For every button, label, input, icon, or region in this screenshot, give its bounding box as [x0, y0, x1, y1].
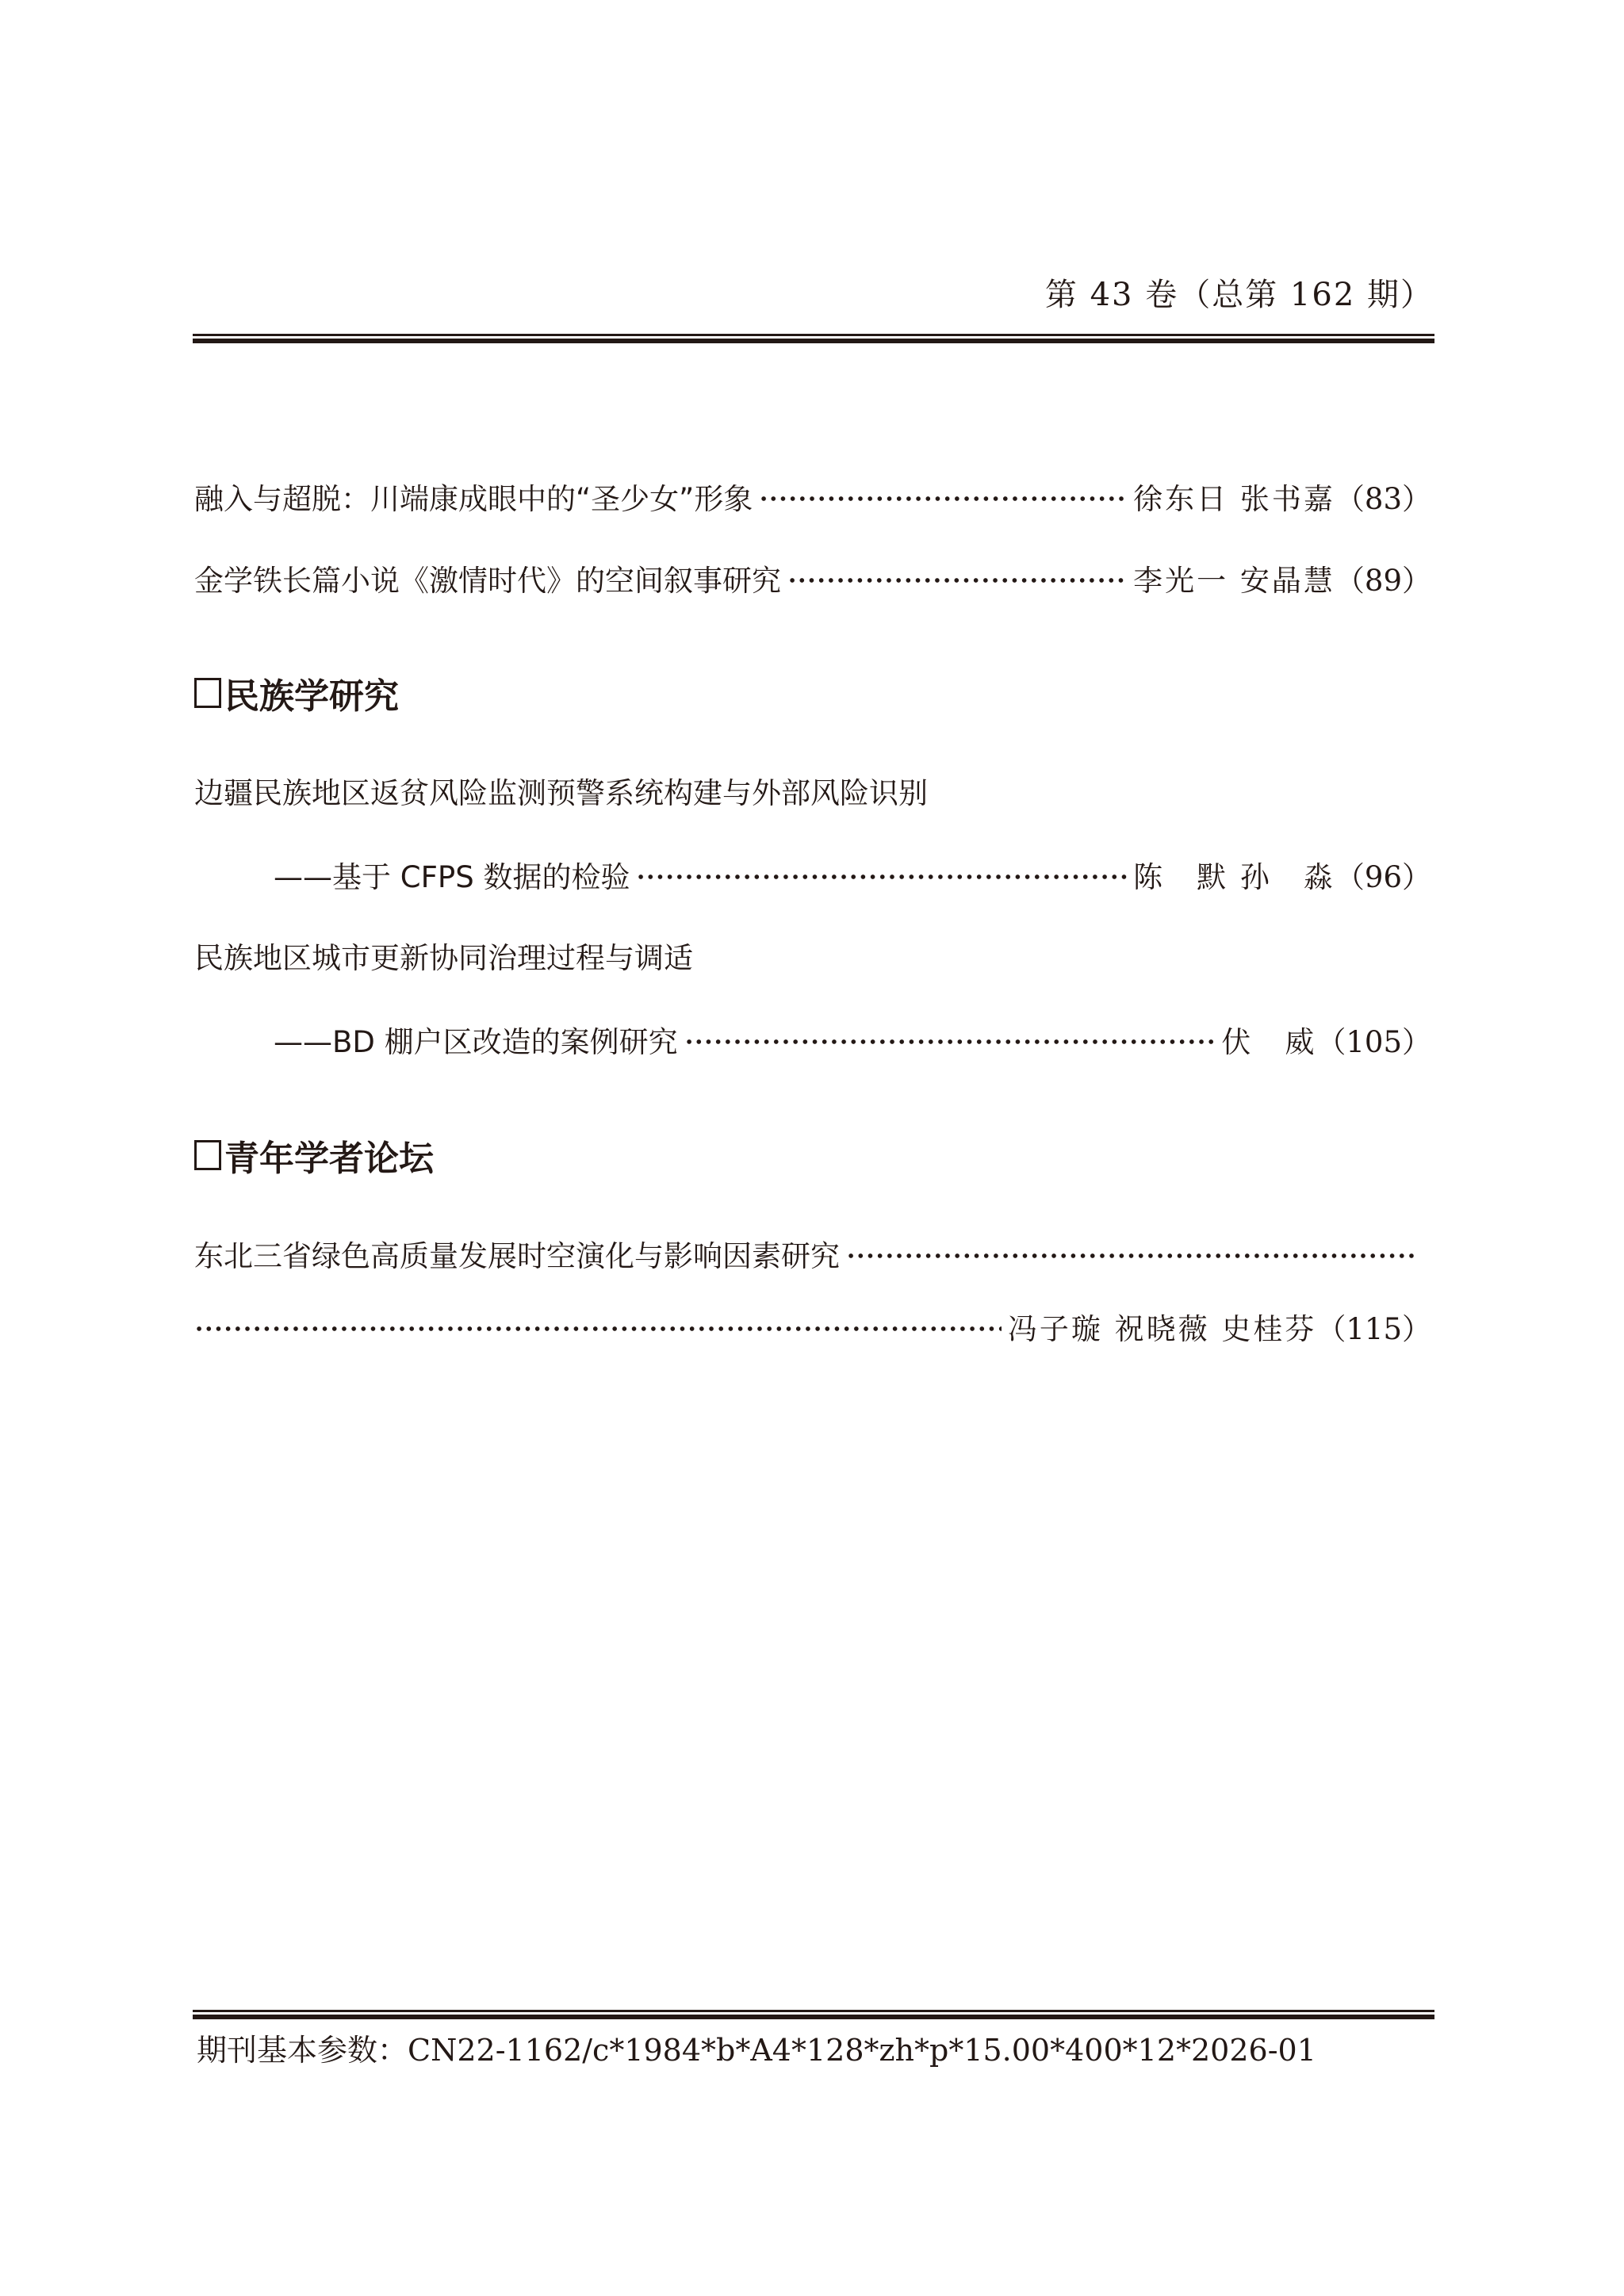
- params-value: CN22-1162/c*1984*b*A4*128*zh*p*15.00*400…: [408, 2033, 1316, 2068]
- dot-leader: [787, 562, 1127, 594]
- section-heading-label: 民族学研究: [224, 668, 399, 718]
- section-heading-label: 青年学者论坛: [224, 1130, 434, 1181]
- entry-title[interactable]: 民族地区城市更新协同治理过程与调适: [194, 934, 693, 977]
- entry-page-number: （115）: [1316, 1305, 1431, 1348]
- entry-subtitle: ——基于 CFPS 数据的检验: [274, 853, 630, 896]
- toc-entry-subtitle[interactable]: ——BD 棚户区改造的案例研究 伏 威 （105）: [274, 1017, 1431, 1062]
- header-rule-thick: [193, 339, 1434, 343]
- entry-title: 融入与超脱：川端康成眼中的“圣少女”形象: [194, 475, 753, 518]
- entry-title[interactable]: 边疆民族地区返贫风险监测预警系统构建与外部风险识别: [194, 769, 928, 812]
- dot-leader: [194, 1311, 1002, 1342]
- entry-page-number: （89）: [1335, 557, 1431, 599]
- entry-subtitle: ——BD 棚户区改造的案例研究: [274, 1018, 678, 1061]
- entry-page-number: （96）: [1335, 853, 1431, 896]
- toc-entry-line2[interactable]: 冯子璇 祝晓薇 史桂芬 （115）: [194, 1304, 1431, 1349]
- dot-leader: [846, 1238, 1415, 1269]
- toc-entry-line1[interactable]: 东北三省绿色高质量发展时空演化与影响因素研究: [194, 1231, 1415, 1276]
- journal-parameters: 期刊基本参数：CN22-1162/c*1984*b*A4*128*zh*p*15…: [197, 2026, 1316, 2069]
- params-label: 期刊基本参数：: [197, 2033, 408, 2068]
- entry-authors: 李光一 安晶慧: [1133, 557, 1335, 599]
- entry-page-number: （83）: [1335, 475, 1431, 518]
- entry-title: 金学铁长篇小说《激情时代》的空间叙事研究: [194, 557, 781, 599]
- hollow-square-icon: [194, 678, 221, 708]
- section-heading-ethnology: 民族学研究: [194, 668, 399, 718]
- entry-page-number: （105）: [1316, 1018, 1431, 1061]
- entry-authors: 陈 默 孙 淼: [1133, 853, 1335, 896]
- toc-entry[interactable]: 金学铁长篇小说《激情时代》的空间叙事研究 李光一 安晶慧 （89）: [194, 556, 1431, 600]
- dot-leader: [684, 1024, 1216, 1055]
- entry-authors: 伏 威: [1221, 1018, 1316, 1061]
- header-rule-thin: [193, 334, 1434, 336]
- volume-issue-label: 第 43 卷（总第 162 期）: [1045, 270, 1434, 315]
- toc-entry-subtitle[interactable]: ——基于 CFPS 数据的检验 陈 默 孙 淼 （96）: [274, 852, 1431, 897]
- section-heading-young-scholars: 青年学者论坛: [194, 1130, 434, 1181]
- dot-leader: [636, 859, 1127, 890]
- footer-rule-thin: [193, 2010, 1434, 2012]
- entry-authors: 冯子璇 祝晓薇 史桂芬: [1008, 1305, 1317, 1348]
- hollow-square-icon: [194, 1140, 221, 1170]
- entry-authors: 徐东日 张书嘉: [1133, 475, 1335, 518]
- entry-title: 东北三省绿色高质量发展时空演化与影响因素研究: [194, 1232, 840, 1275]
- dot-leader: [759, 480, 1127, 512]
- toc-entry[interactable]: 融入与超脱：川端康成眼中的“圣少女”形象 徐东日 张书嘉 （83）: [194, 474, 1431, 519]
- footer-rule-thick: [193, 2015, 1434, 2019]
